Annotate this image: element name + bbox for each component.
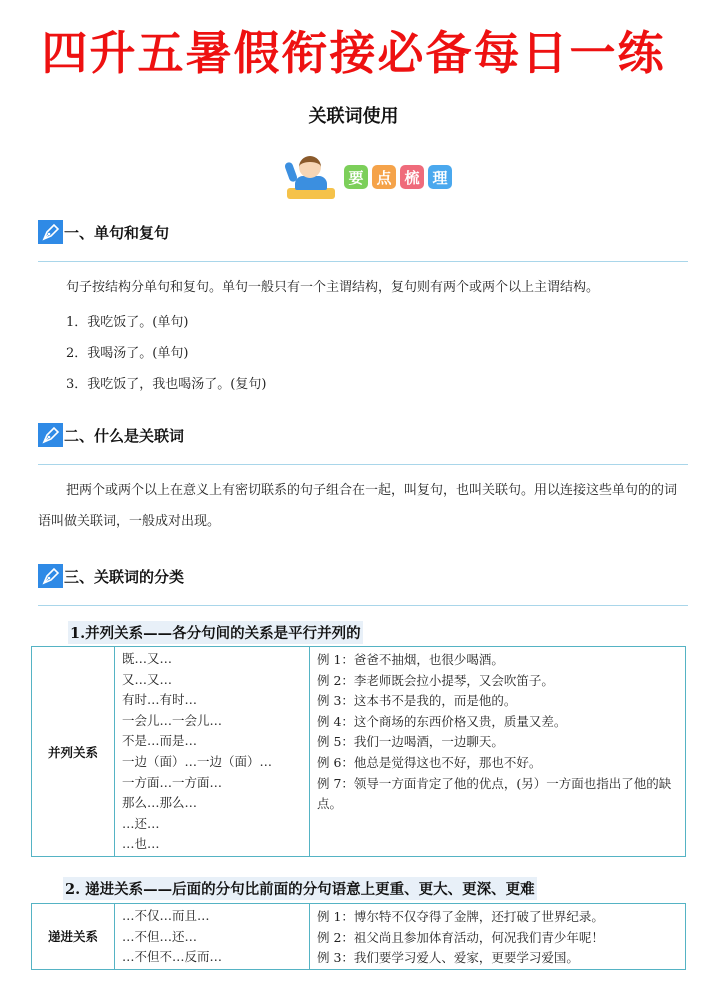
connective-word: …不但…还… — [122, 927, 309, 948]
example-item: 2．我喝汤了。(单句) — [66, 342, 188, 361]
connective-word: 一会儿…一会儿… — [122, 711, 309, 732]
subsection-title-2: 2. 递进关系——后面的分句比前面的分句语意上更重、更大、更深、更难 — [63, 877, 537, 900]
section-heading-1: 一、单句和复句 — [38, 220, 169, 244]
pen-nib-icon — [38, 220, 63, 244]
subsection-title-1: 1.并列关系——各分句间的关系是平行并列的 — [68, 621, 363, 644]
connective-word: 有时…有时… — [122, 690, 309, 711]
divider — [38, 464, 688, 465]
example-item: 3．我吃饭了，我也喝汤了。(复句) — [66, 373, 266, 392]
examples-cell: 例 1：爸爸不抽烟，也很少喝酒。 例 2：李老师既会拉小提琴，又会吹笛子。 例 … — [310, 647, 686, 857]
connective-word: …也… — [122, 834, 309, 855]
example-sentence: 例 1：博尔特不仅夺得了金牌，还打破了世界纪录。 — [317, 907, 685, 928]
divider — [38, 261, 688, 262]
example-sentence: 例 2：祖父尚且参加体育活动，何况我们青少年呢！ — [317, 928, 685, 949]
section-title: 二、什么是关联词 — [64, 425, 184, 446]
parallel-relation-table: 并列关系 既…又… 又…又… 有时…有时… 一会儿…一会儿… 不是…而是… 一边… — [31, 646, 686, 857]
paragraph: 把两个或两个以上在意义上有密切联系的句子组合在一起，叫复句，也叫关联句。用以连接… — [38, 475, 688, 537]
section-title: 三、关联词的分类 — [64, 566, 184, 587]
example-item: 1．我吃饭了。(单句) — [66, 311, 188, 330]
connective-word: …不但不…反而… — [122, 947, 309, 968]
connective-words-cell: 既…又… 又…又… 有时…有时… 一会儿…一会儿… 不是…而是… 一边（面）…一… — [115, 647, 310, 857]
example-sentence: 例 5：我们一边喝酒，一边聊天。 — [317, 732, 685, 753]
connective-word: 既…又… — [122, 649, 309, 670]
example-sentence: 例 2：李老师既会拉小提琴，又会吹笛子。 — [317, 671, 685, 692]
connective-word: 一边（面）…一边（面）… — [122, 752, 309, 773]
connective-word: …还… — [122, 814, 309, 835]
connective-words-cell: …不仅…而且… …不但…还… …不但不…反而… — [115, 904, 310, 970]
example-sentence: 例 3：我们要学习爱人、爱家，更要学习爱国。 — [317, 948, 685, 969]
document-subtitle: 关联词使用 — [0, 102, 707, 128]
badge-chip: 梳 — [400, 165, 424, 189]
example-sentence: 例 7：领导一方面肯定了他的优点，(另）一方面也指出了他的缺点。 — [317, 774, 685, 815]
pen-nib-icon — [38, 564, 63, 588]
connective-word: 又…又… — [122, 670, 309, 691]
example-sentence: 例 3：这本书不是我的，而是他的。 — [317, 691, 685, 712]
badge-chip: 理 — [428, 165, 452, 189]
section-heading-3: 三、关联词的分类 — [38, 564, 184, 588]
example-sentence: 例 1：爸爸不抽烟，也很少喝酒。 — [317, 650, 685, 671]
badge-chip: 点 — [372, 165, 396, 189]
examples-cell: 例 1：博尔特不仅夺得了金牌，还打破了世界纪录。 例 2：祖父尚且参加体育活动，… — [310, 904, 686, 970]
connective-word: 一方面…一方面… — [122, 773, 309, 794]
example-sentence: 例 6：他总是觉得这也不好，那也不好。 — [317, 753, 685, 774]
example-sentence: 例 4：这个商场的东西价格又贵，质量又差。 — [317, 712, 685, 733]
paragraph: 句子按结构分单句和复句。单句一般只有一个主谓结构，复句则有两个或两个以上主谓结构… — [38, 272, 688, 303]
student-illustration-icon — [285, 152, 340, 202]
divider — [38, 605, 688, 606]
category-cell: 并列关系 — [32, 647, 115, 857]
section-heading-2: 二、什么是关联词 — [38, 423, 184, 447]
progressive-relation-table: 递进关系 …不仅…而且… …不但…还… …不但不…反而… 例 1：博尔特不仅夺得… — [31, 903, 686, 970]
connective-word: 不是…而是… — [122, 731, 309, 752]
pen-nib-icon — [38, 423, 63, 447]
document-title: 四升五暑假衔接必备每日一练 — [0, 22, 707, 84]
connective-word: 那么…那么… — [122, 793, 309, 814]
category-cell: 递进关系 — [32, 904, 115, 970]
badge-chip: 要 — [344, 165, 368, 189]
connective-word: …不仅…而且… — [122, 906, 309, 927]
key-points-badge: 要 点 梳 理 — [285, 152, 452, 202]
section-title: 一、单句和复句 — [64, 222, 169, 243]
